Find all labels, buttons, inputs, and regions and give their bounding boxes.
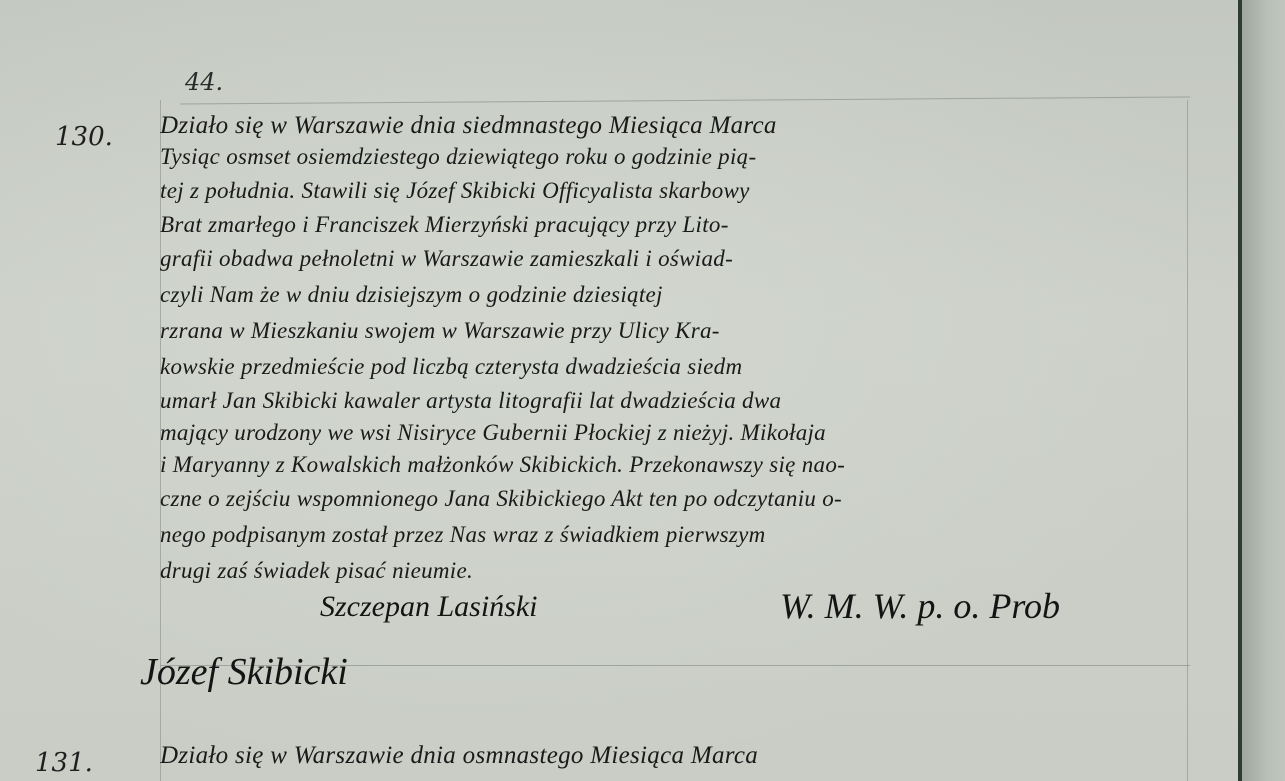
entry-line: Tysiąc osmset osiemdziestego dziewiątego… [160,144,1190,170]
official-title: W. M. W. p. o. Prob [780,585,1060,627]
official-signature: Szczepan Lasiński [320,590,538,624]
entry-line: umarł Jan Skibicki kawaler artysta litog… [160,388,1190,414]
facing-page-edge [1242,0,1285,781]
entry-line: i Maryanny z Kowalskich małżonków Skibic… [160,452,1190,478]
entry-line: grafii obadwa pełnoletni w Warszawie zam… [160,246,1190,272]
ledger-page: 44. 130. Działo się w Warszawie dnia sie… [0,0,1238,781]
witness-signature: Józef Skibicki [140,650,348,694]
top-rule [180,96,1190,104]
next-entry-number: 131. [35,748,93,778]
entry-line: drugi zaś świadek pisać nieumie. [160,558,1190,584]
next-entry-line: Działo się w Warszawie dnia osmnastego M… [160,742,1190,770]
entry-line: kowskie przedmieście pod liczbą czteryst… [160,354,1190,380]
entry-line: czyli Nam że w dniu dzisiejszym o godzin… [160,282,1190,308]
entry-line: tej z południa. Stawili się Józef Skibic… [160,178,1190,204]
entry-number: 130. [55,122,113,152]
entry-line: czne o zejściu wspomnionego Jana Skibick… [160,486,1190,512]
entry-line: nego podpisanym został przez Nas wraz z … [160,522,1190,548]
entry-line: mający urodzony we wsi Nisiryce Gubernii… [160,420,1190,446]
entry-line: Działo się w Warszawie dnia siedmnastego… [160,112,1190,140]
entry-line: Brat zmarłego i Franciszek Mierzyński pr… [160,212,1190,238]
page-number: 44. [185,68,223,96]
entry-line: rzrana w Mieszkaniu swojem w Warszawie p… [160,318,1190,344]
